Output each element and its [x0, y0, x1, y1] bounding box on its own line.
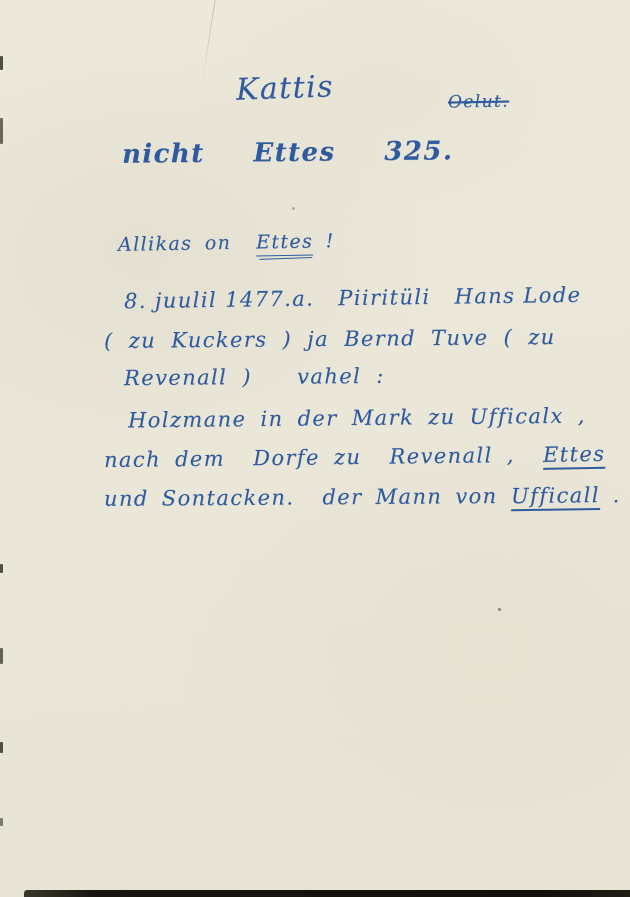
source-line-suffix: !	[313, 230, 335, 252]
body-line-2: ( zu Kuckers ) ja Bernd Tuve ( zu	[104, 326, 556, 353]
crossed-out-text: Oelut.	[448, 91, 509, 112]
note-subtitle: nicht Ettes 325.	[122, 137, 454, 169]
paper-crease	[200, 0, 216, 89]
body-line-5-emphasized: Ettes	[543, 443, 606, 470]
paper-fleck	[292, 207, 295, 210]
scan-edge-artifact	[0, 648, 3, 664]
source-line-emphasized: Ettes	[256, 231, 314, 256]
body-line-5-prefix: nach dem Dorfe zu Revenall ,	[104, 443, 543, 472]
scan-edge-artifact	[0, 564, 3, 573]
scanned-note-page: Kattis Oelut. nicht Ettes 325. Allikas o…	[0, 0, 630, 897]
body-line-5: nach dem Dorfe zu Revenall , Ettes	[104, 443, 606, 475]
scan-edge-artifact	[0, 818, 3, 826]
date-text: 8. juulil 1477.a.	[124, 287, 315, 314]
name-text: Hans Lode	[454, 283, 581, 309]
source-line-prefix: Allikas on	[118, 231, 257, 255]
paper-fleck	[498, 608, 501, 611]
body-line-3: Revenall ) vahel :	[124, 365, 385, 390]
body-line-6-emphasized: Ufficall	[510, 484, 599, 511]
scan-bottom-edge	[24, 890, 630, 897]
body-line-6-prefix: und Sontacken.	[104, 485, 295, 510]
source-line: Allikas on Ettes !	[118, 231, 335, 259]
note-title: Kattis	[235, 70, 334, 106]
scan-edge-artifact	[0, 118, 3, 144]
crossed-out-word: Oelut.	[448, 92, 509, 112]
body-line-1: 8. juulil 1477.a.PiiritüliHans Lode	[124, 284, 582, 313]
body-line-6-period: .	[599, 483, 620, 507]
scan-edge-artifact	[0, 742, 3, 753]
scan-edge-artifact	[0, 56, 3, 70]
topic-text: Piiritüli	[338, 285, 431, 310]
body-line-6: und Sontacken.der Mann von Ufficall .	[104, 484, 621, 514]
body-line-4: Holzmane in der Mark zu Ufficalx ,	[128, 405, 586, 433]
body-line-6-mid: der Mann von	[322, 484, 510, 509]
